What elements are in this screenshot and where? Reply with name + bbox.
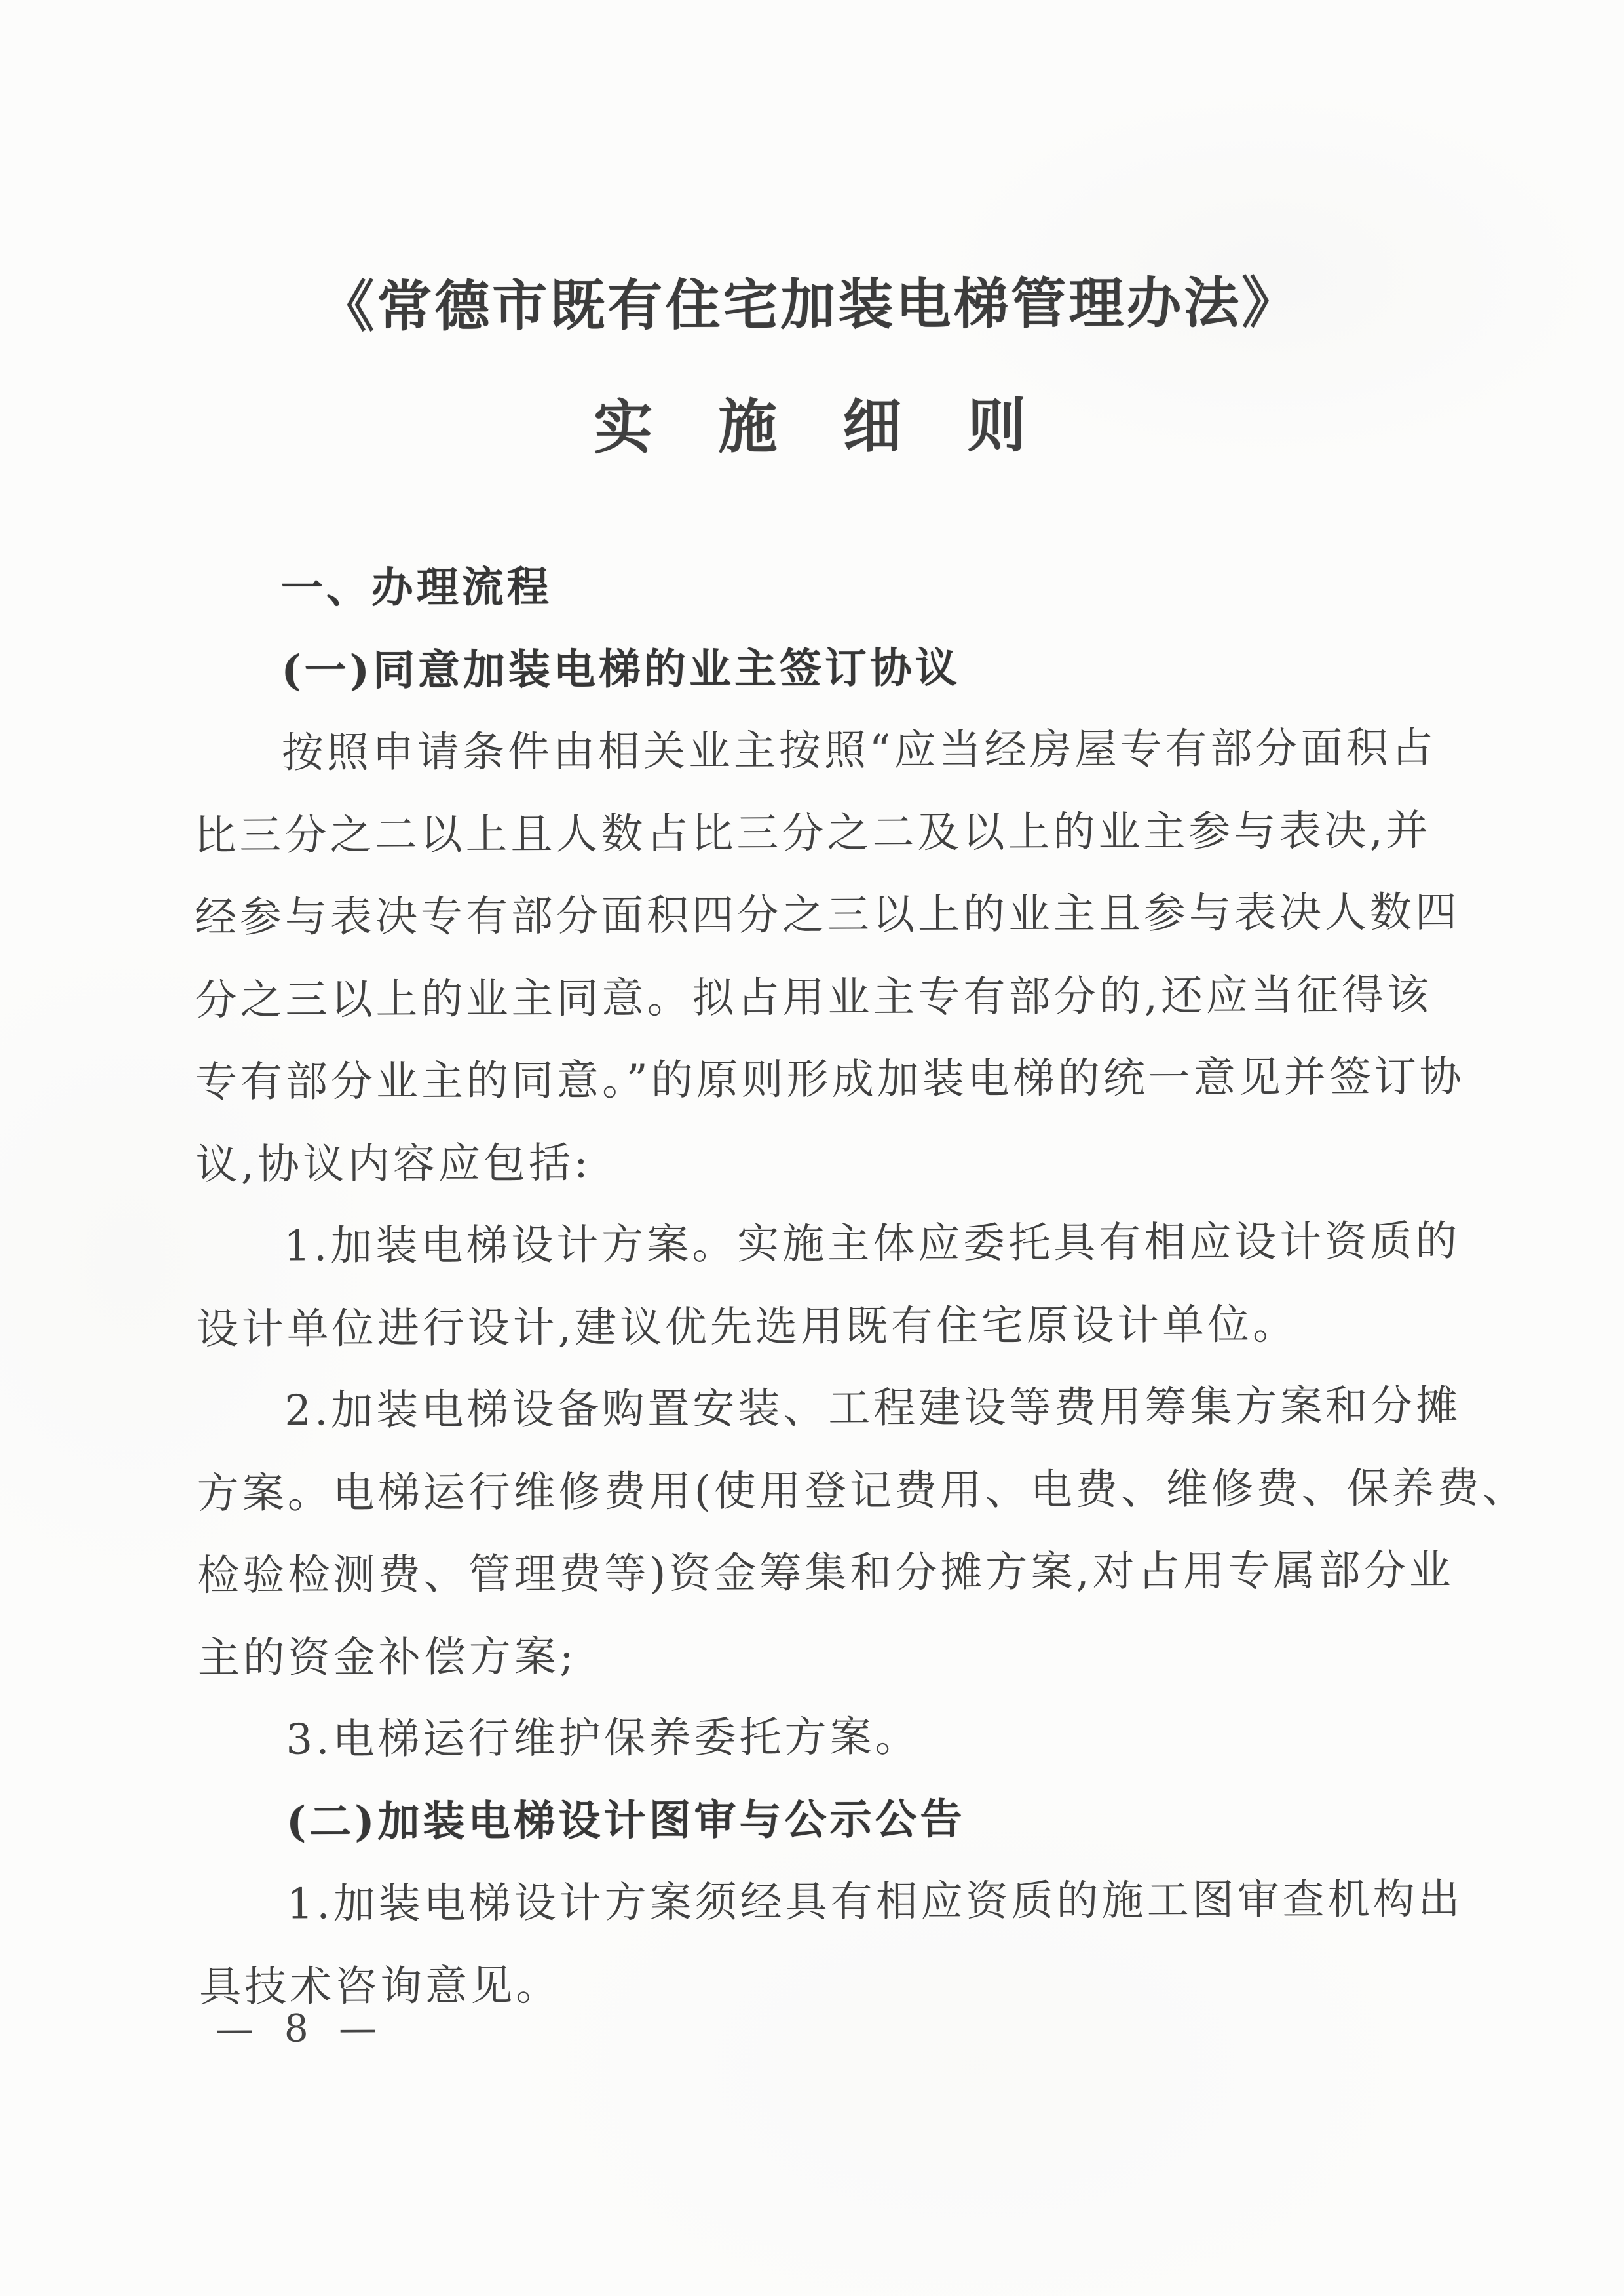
page-content: 《常德市既有住宅加装电梯管理办法》 实施细则 一、办理流程(一)同意加装电梯的业… xyxy=(0,0,1624,2296)
text-line: 2.加装电梯设备购置安装、工程建设等费用筹集方案和分摊 xyxy=(197,1378,1435,1466)
section-heading-line: (一)同意加装电梯的业主签订协议 xyxy=(193,638,1432,725)
section-heading-line: (二)加装电梯设计图审与公示公告 xyxy=(198,1789,1437,1877)
scanned-document-page: 《常德市既有住宅加装电梯管理办法》 实施细则 一、办理流程(一)同意加装电梯的业… xyxy=(0,0,1624,2296)
section-heading-line: 一、办理流程 xyxy=(193,556,1432,643)
text-line: 检验检测费、管理费等)资金筹集和分摊方案,对占用专属部分业 xyxy=(197,1542,1436,1630)
document-body: 一、办理流程(一)同意加装电梯的业主签订协议按照申请条件由相关业主按照“应当经房… xyxy=(193,556,1438,2041)
text-line: 设计单位进行设计,建议优先选用既有住宅原设计单位。 xyxy=(197,1295,1435,1383)
text-line: 分之三以上的业主同意。拟占用业主专有部分的,还应当征得该 xyxy=(195,966,1433,1054)
text-line: 主的资金补偿方案; xyxy=(198,1624,1437,1712)
page-number: — 8 — xyxy=(216,2006,386,2051)
text-line: 按照申请条件由相关业主按照“应当经房屋专有部分面积占 xyxy=(194,720,1433,808)
text-line: 方案。电梯运行维修费用(使用登记费用、电费、维修费、保养费、 xyxy=(197,1460,1436,1548)
document-subtitle: 实施细则 xyxy=(0,375,1622,468)
text-line: 1.加装电梯设计方案须经具有相应资质的施工图审查机构出 xyxy=(198,1871,1437,1959)
text-line: 议,协议内容应包括: xyxy=(195,1131,1434,1219)
document-title: 《常德市既有住宅加装电梯管理办法》 xyxy=(0,258,1621,344)
text-line: 3.电梯运行维护保养委托方案。 xyxy=(198,1707,1437,1795)
text-line: 专有部分业主的同意。”的原则形成加装电梯的统一意见并签订协 xyxy=(195,1049,1434,1137)
text-line: 比三分之二以上且人数占比三分之二及以上的业主参与表决,并 xyxy=(194,802,1433,890)
text-line: 经参与表决专有部分面积四分之三以上的业主且参与表决人数四 xyxy=(195,885,1433,972)
text-line: 1.加装电梯设计方案。实施主体应委托具有相应设计资质的 xyxy=(196,1214,1435,1301)
